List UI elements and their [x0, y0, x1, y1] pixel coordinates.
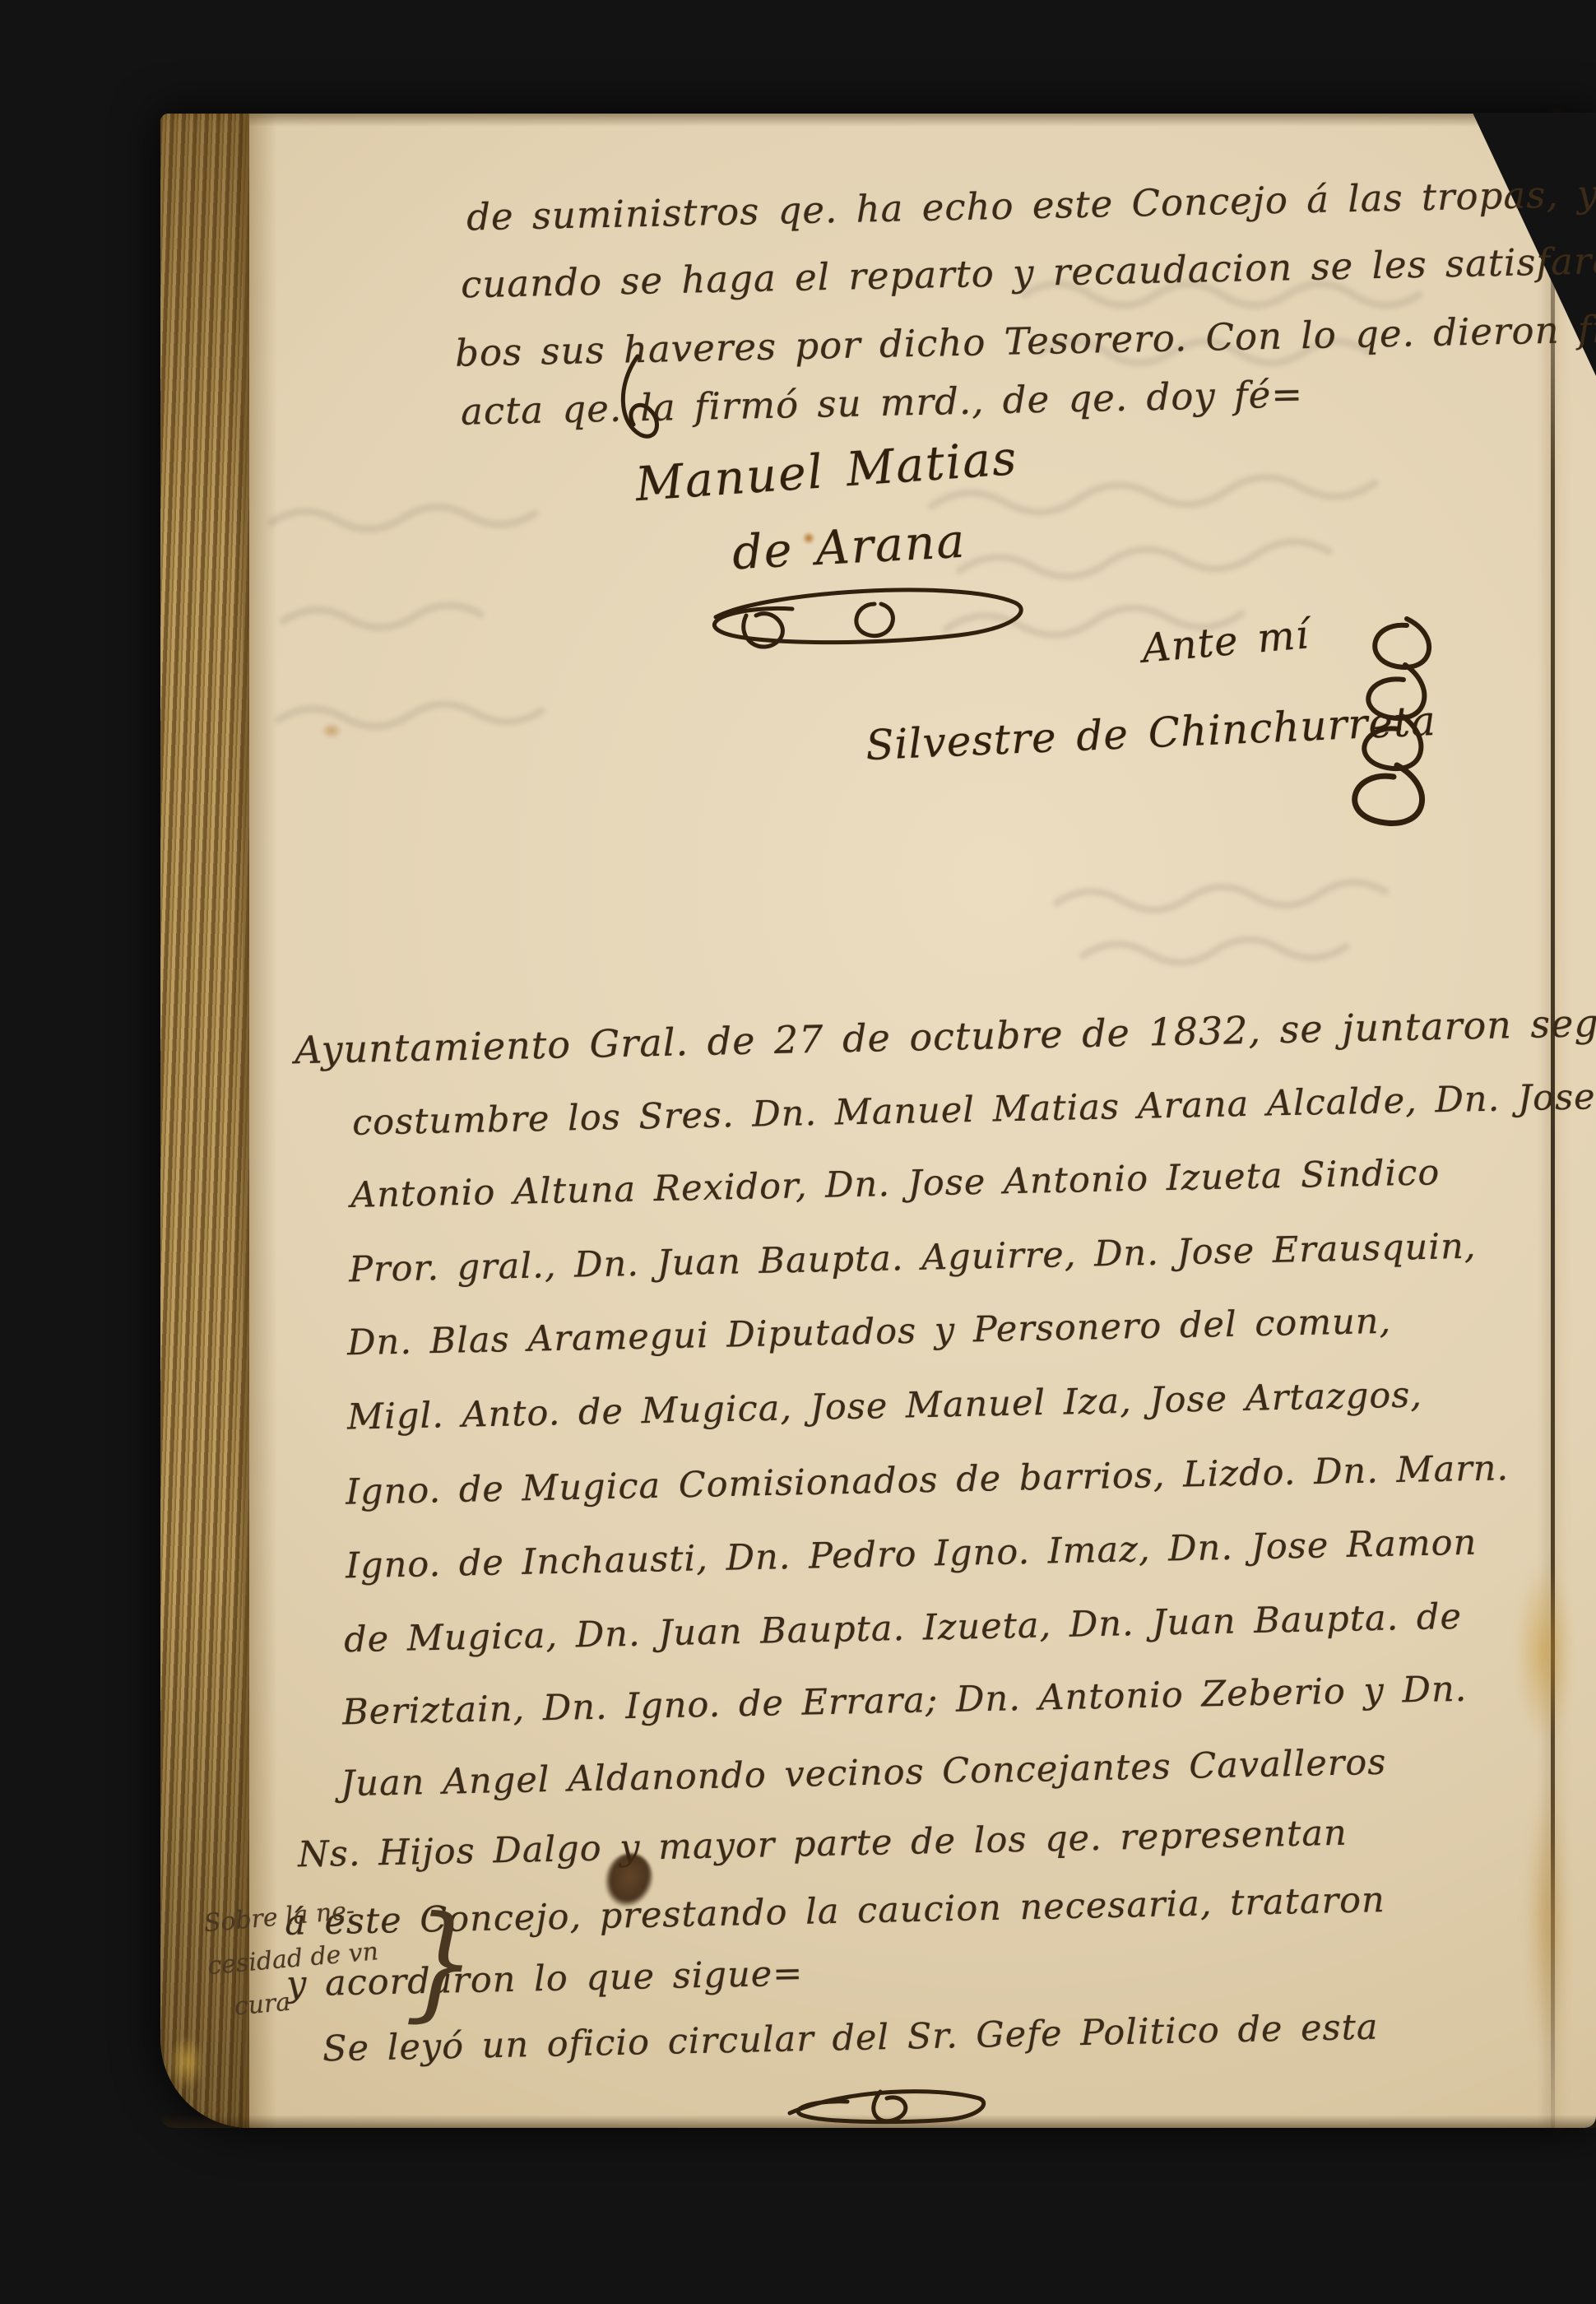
margin-brace: }: [404, 1888, 478, 2037]
descender-flourish-icon: [609, 352, 666, 443]
binding-shadow: [243, 114, 277, 2128]
manuscript-photo: de suministros qe. ha echo este Concejo …: [0, 0, 1596, 2304]
ink-showthrough: [1046, 846, 1511, 993]
book-fore-edge-binding: [160, 114, 249, 2128]
rubric-flourish-icon: [687, 568, 1041, 658]
page-crease: [1551, 114, 1555, 2128]
bottom-flourish-icon: [782, 2080, 995, 2130]
ink-showthrough: [262, 462, 619, 819]
stain: [1515, 1562, 1573, 1743]
stain: [1525, 1784, 1568, 2055]
rubric-flourish-icon: [1283, 609, 1448, 856]
